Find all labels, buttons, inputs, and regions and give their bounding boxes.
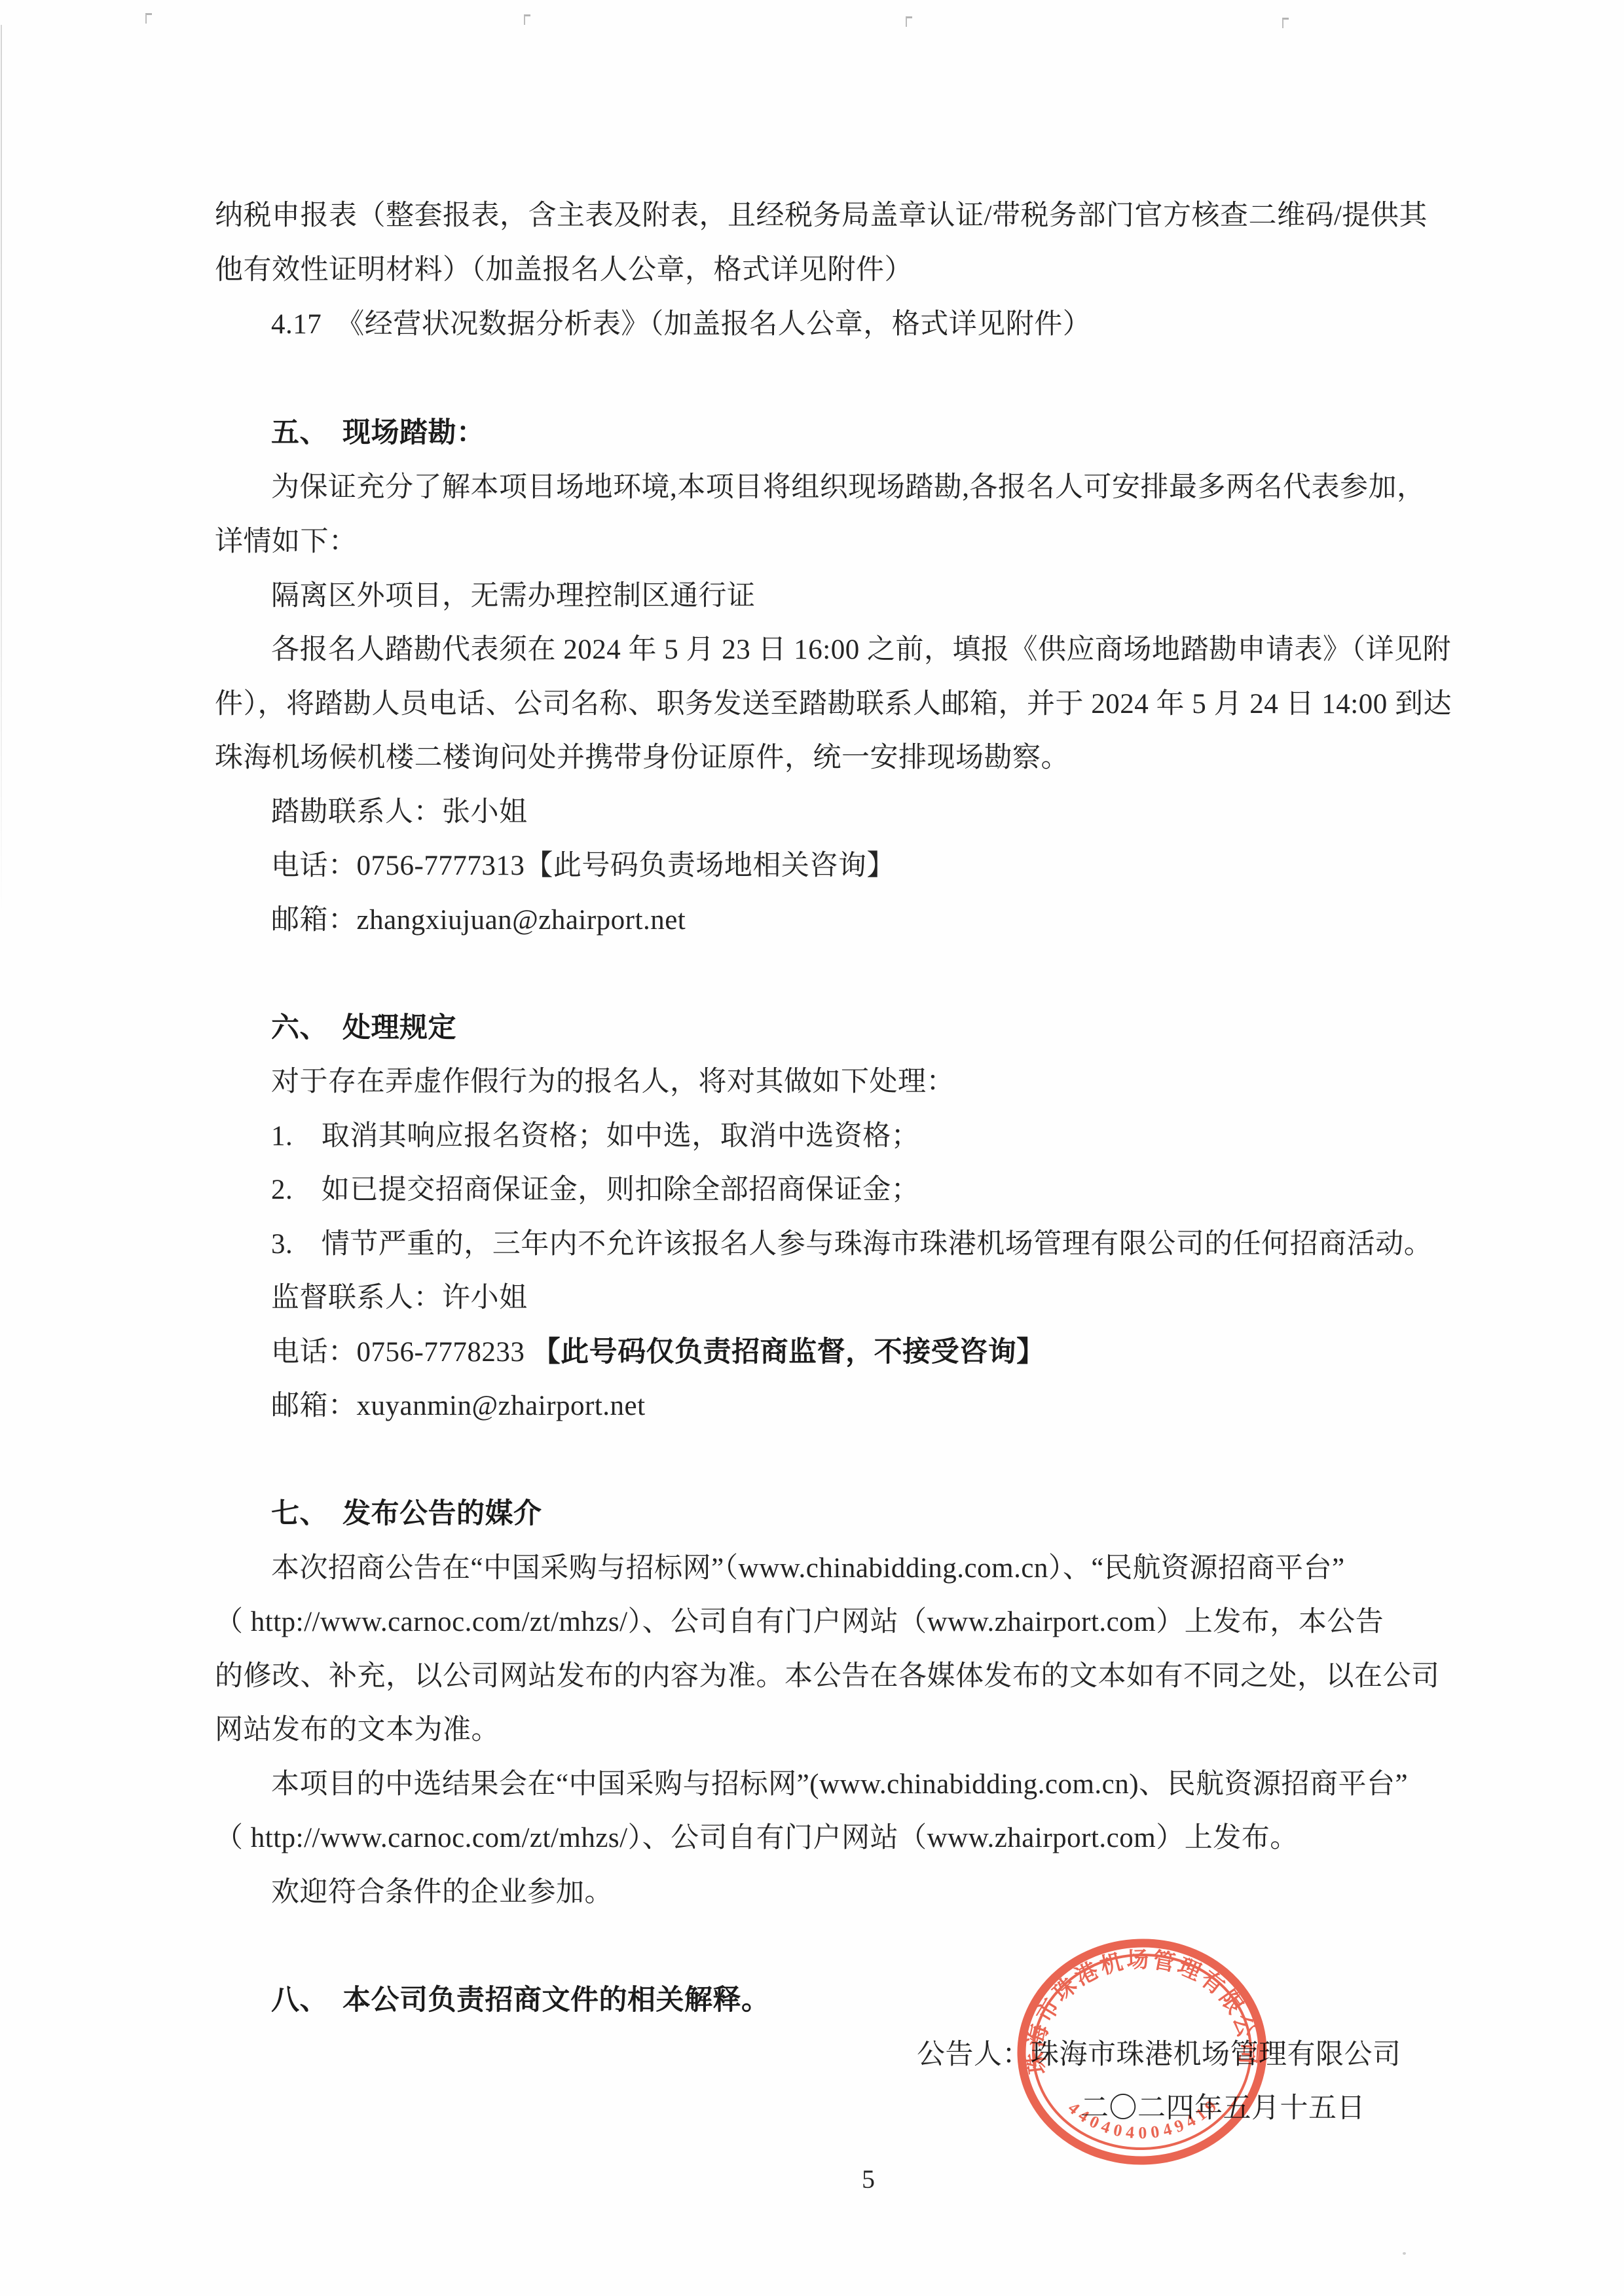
section7-heading: 七、 发布公告的媒介: [271, 1487, 542, 1541]
section5-para3-line3: 珠海机场候机楼二楼询问处并携带身份证原件，统一安排现场勘察。: [215, 731, 1069, 785]
section6-phone: 电话：0756-7778233 【此号码仅负责招商监督，不接受咨询】: [271, 1326, 1045, 1379]
section6-item2: 2. 如已提交招商保证金，则扣除全部招商保证金；: [271, 1163, 919, 1217]
section5-para3-line2: 件），将踏勘人员电话、公司名称、职务发送至踏勘联系人邮箱，并于 2024 年 5…: [215, 678, 1452, 731]
official-seal: 珠海市珠港机场管理有限公司 4404040049419: [1010, 1931, 1274, 2172]
section7-para1-line2: （ http://www.carnoc.com/zt/mhzs/）、公司自有门户…: [215, 1595, 1384, 1649]
section5-para1-line2: 详情如下：: [215, 515, 358, 569]
section5-phone: 电话：0756-7777313【此号码负责场地相关咨询】: [271, 839, 895, 893]
section7-para1-line3: 的修改、补充，以公司网站发布的内容为准。本公告在各媒体发布的文本如有不同之处，以…: [215, 1650, 1440, 1704]
section8-heading: 八、 本公司负责招商文件的相关解释。: [271, 1974, 770, 2028]
section7-para3: 欢迎符合条件的企业参加。: [271, 1866, 613, 1920]
scan-artifact: [906, 16, 912, 27]
scan-artifact: [1282, 18, 1289, 28]
scan-artifact: [524, 14, 530, 25]
section7-para2-line2: （ http://www.carnoc.com/zt/mhzs/）、公司自有门户…: [215, 1812, 1299, 1865]
section5-para3-line1: 各报名人踏勘代表须在 2024 年 5 月 23 日 16:00 之前，填报《供…: [271, 623, 1451, 677]
section7-para2-line1: 本项目的中选结果会在“中国采购与招标网”(www.chinabidding.co…: [271, 1758, 1408, 1812]
section7-para1-line4: 网站发布的文本为准。: [215, 1704, 500, 1757]
section5-heading: 五、 现场踏勘：: [271, 407, 485, 460]
page-number: 5: [862, 2153, 875, 2206]
scanned-document-page: 纳税申报表（整套报表，含主表及附表，且经税务局盖章认证/带税务部门官方核查二维码…: [0, 0, 1624, 2296]
section6-item1: 1. 取消其响应报名资格；如中选，取消中选资格；: [271, 1110, 919, 1163]
list-item-4-17: 4.17 《经营状况数据分析表》（加盖报名人公章，格式详见附件）: [271, 298, 1091, 352]
text-line-carryover-2: 他有效性证明材料）（加盖报名人公章，格式详见附件）: [215, 244, 913, 297]
section5-email: 邮箱：zhangxiujuan@zhairport.net: [271, 894, 686, 947]
section6-contact: 监督联系人：许小姐: [271, 1271, 528, 1325]
section6-heading: 六、 处理规定: [271, 1002, 456, 1055]
section5-contact: 踏勘联系人：张小姐: [271, 786, 528, 839]
text-line-carryover-1: 纳税申报表（整套报表，含主表及附表，且经税务局盖章认证/带税务部门官方核查二维码…: [215, 189, 1428, 243]
seal-company-textpath: 珠海市珠港机场管理有限公司: [1020, 1943, 1261, 2075]
scan-speck: [1403, 2252, 1406, 2255]
section6-email: 邮箱：xuyanmin@zhairport.net: [271, 1379, 646, 1433]
section6-phone-number: 电话：0756-7778233: [271, 1337, 532, 1368]
seal-company-text: 珠海市珠港机场管理有限公司: [1020, 1943, 1261, 2075]
section7-para1-line1: 本次招商公告在“中国采购与招标网”（www.chinabidding.com.c…: [271, 1542, 1345, 1595]
section5-para1-line1: 为保证充分了解本项目场地环境,本项目将组织现场踏勘,各报名人可安排最多两名代表参…: [271, 461, 1426, 515]
section5-para2: 隔离区外项目，无需办理控制区通行证: [271, 570, 756, 623]
scan-artifact: [145, 13, 152, 24]
section6-phone-note: 【此号码仅负责招商监督，不接受咨询】: [532, 1337, 1045, 1368]
scan-edge-artifact: [1, 25, 2, 915]
section6-item3: 3. 情节严重的，三年内不允许该报名人参与珠海市珠港机场管理有限公司的任何招商活…: [271, 1218, 1432, 1271]
section6-intro: 对于存在弄虚作假行为的报名人，将对其做如下处理：: [271, 1055, 955, 1109]
